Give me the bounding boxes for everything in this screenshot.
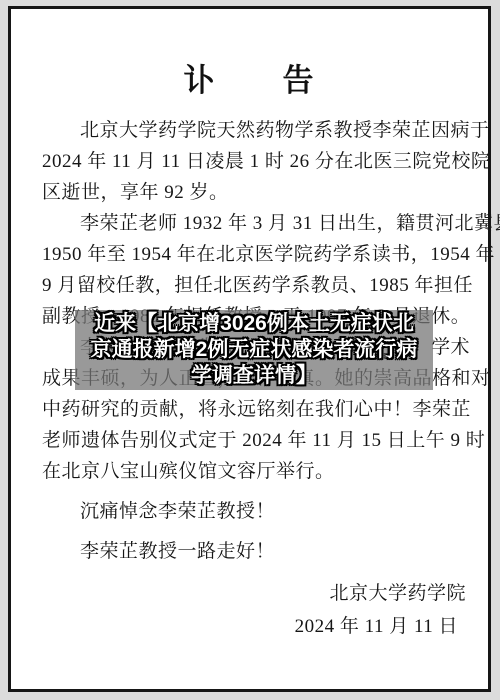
paragraph2-line2: 1950 年至 1954 年在北京医学院药学系读书，1954 年 — [42, 239, 466, 270]
paragraph3-line3: 中药研究的贡献，将永远铭刻在我们心中！李荣芷 — [42, 394, 466, 425]
signature-organization: 北京大学药学院 — [42, 577, 466, 610]
signature-block: 北京大学药学院 2024 年 11 月 11 日 — [42, 577, 466, 643]
headline-line2: 京通报新增2例无症状感染者流行病 — [91, 337, 418, 363]
paragraph1-line1: 北京大学药学院天然药物学系教授李荣芷因病于 — [42, 115, 466, 146]
mourning-line1: 沉痛悼念李荣芷教授！ — [42, 496, 466, 527]
screenshot-root: 讣 告 北京大学药学院天然药物学系教授李荣芷因病于 2024 年 11 月 11… — [0, 0, 500, 700]
paragraph3-line4: 老师遗体告别仪式定于 2024 年 11 月 15 日上午 9 时 — [42, 425, 466, 456]
headline-line1: 近来【北京增3026例本土无症状北 — [94, 311, 414, 337]
paragraph2-line3: 9 月留校任教，担任北医药学系教员、1985 年担任 — [42, 270, 466, 301]
paragraph2-line1: 李荣芷老师 1932 年 3 月 31 日出生，籍贯河北冀县。 — [42, 208, 466, 239]
signature-date: 2024 年 11 月 11 日 — [42, 610, 466, 643]
paragraph1-line3: 区逝世，享年 92 岁。 — [42, 177, 466, 208]
mourning-line2: 李荣芷教授一路走好！ — [42, 536, 466, 567]
document-title: 讣 告 — [11, 55, 488, 100]
paragraph3-line5: 在北京八宝山殡仪馆文容厅举行。 — [42, 456, 466, 487]
news-headline-overlay: 近来【北京增3026例本土无症状北 京通报新增2例无症状感染者流行病 学调查详情… — [75, 310, 433, 390]
headline-line3: 学调查详情】 — [191, 363, 317, 389]
paragraph1-line2: 2024 年 11 月 11 日凌晨 1 时 26 分在北医三院党校院 — [42, 146, 466, 177]
